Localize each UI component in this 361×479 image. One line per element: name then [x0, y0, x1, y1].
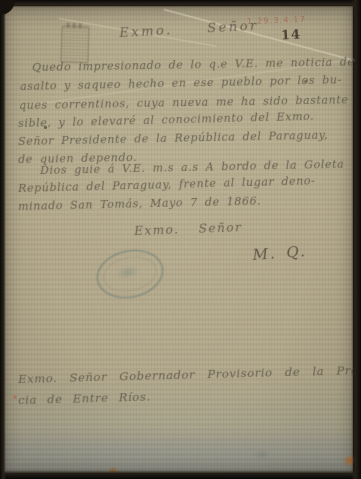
scan-edge — [0, 0, 6, 479]
signature: M. Q. — [252, 242, 307, 264]
dateline-line: minado San Tomás, Mayo 7 de 1866. — [18, 194, 261, 213]
oval-ink-stamp — [92, 243, 168, 304]
folio-number: 14 — [281, 27, 302, 43]
address-line: Exmo. Señor Gobernador Provisorio de la … — [18, 362, 361, 386]
letter-salutation: Exmo. Señor — [119, 19, 259, 41]
stain-spot — [12, 395, 18, 399]
body-line: sible, y lo elevaré al conocimiento del … — [18, 110, 314, 130]
scan-edge — [0, 0, 361, 8]
scan-edge — [0, 470, 361, 479]
stain-spot — [254, 450, 270, 459]
stain-spot — [304, 80, 307, 83]
address-line: cia de Entre Ríos. — [18, 390, 151, 407]
scan-edge — [351, 0, 361, 479]
scanned-letter-page: 1.29.3.4.17 14 Exmo. Señor Quedo impresi… — [0, 0, 361, 479]
embossed-seal — [60, 26, 89, 64]
paper: 1.29.3.4.17 14 Exmo. Señor Quedo impresi… — [4, 6, 353, 473]
dateline-line: República del Paraguay, frente al lugar … — [18, 174, 316, 195]
body-line: Señor Presidente de la República del Par… — [18, 129, 328, 148]
body-line: asalto y saqueo hecho en ese pueblo por … — [20, 73, 342, 93]
stain-spot — [44, 126, 47, 129]
closing-salutation: Exmo. Señor — [134, 220, 242, 238]
